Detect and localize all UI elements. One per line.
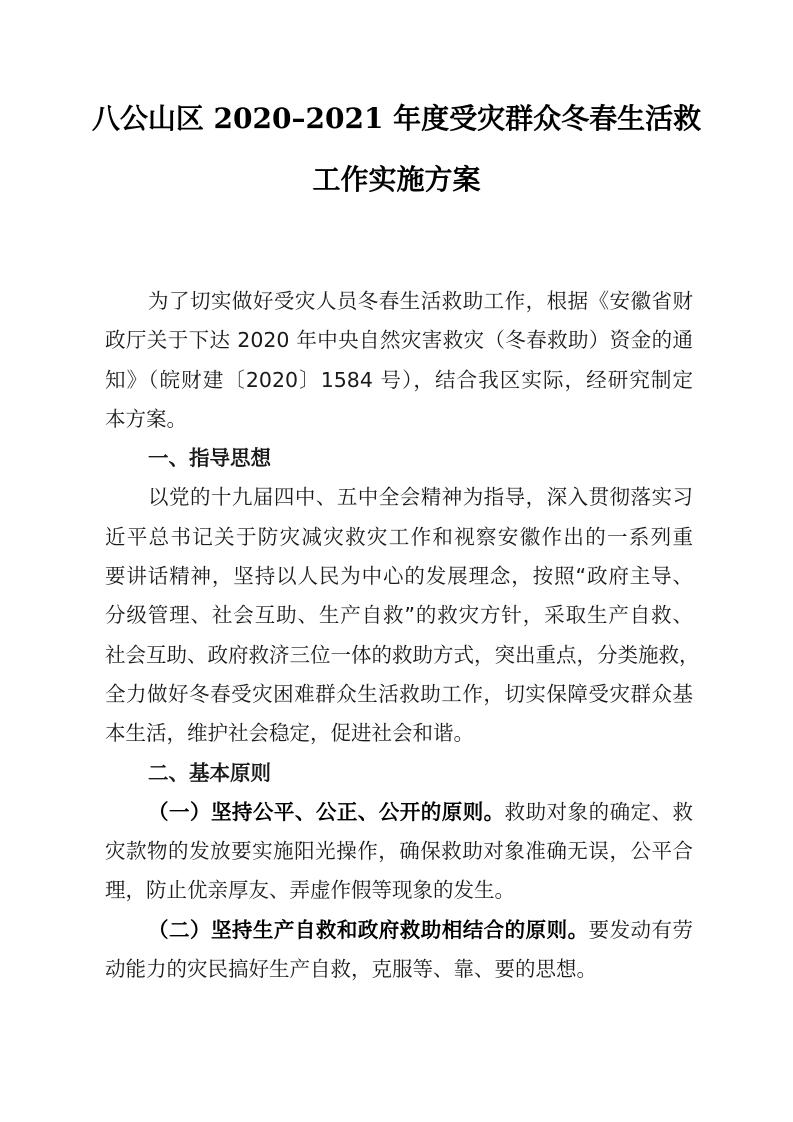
paragraph-line: 理，防止优亲厚友、弄虚作假等现象的发生。: [105, 871, 693, 910]
document-page: 八公山区 2020–2021 年度受灾群众冬春生活救 工作实施方案 为了切实做好…: [0, 0, 793, 1122]
paragraph-line: 知》（皖财建〔2020〕1584 号），结合我区实际，经研究制定: [105, 361, 693, 400]
paragraph-line: 本方案。: [105, 400, 693, 439]
paragraph-line: 本生活，维护社会稳定，促进社会和谐。: [105, 714, 693, 753]
paragraph-line: 以党的十九届四中、五中全会精神为指导，深入贯彻落实习: [105, 478, 693, 517]
document-body: 为了切实做好受灾人员冬春生活救助工作，根据《安徽省财 政厅关于下达 2020 年…: [105, 282, 693, 989]
principle-2-paragraph: （二）坚持生产自救和政府救助相结合的原则。要发动有劳 动能力的灾民搞好生产自救，…: [105, 911, 693, 990]
paragraph-line: 近平总书记关于防灾减灾救灾工作和视察安徽作出的一系列重: [105, 518, 693, 557]
principle-1-title: （一）坚持公平、公正、公开的原则。: [148, 800, 505, 824]
paragraph-line: （一）坚持公平、公正、公开的原则。救助对象的确定、救: [105, 793, 693, 832]
section-heading-guiding-ideology: 一、指导思想: [105, 439, 693, 478]
paragraph-line: 社会互助、政府救济三位一体的救助方式，突出重点，分类施救，: [105, 636, 693, 675]
paragraph-line: 为了切实做好受灾人员冬春生活救助工作，根据《安徽省财: [105, 282, 693, 321]
paragraph-line: 分级管理、社会互助、生产自救”的救灾方针，采取生产自救、: [105, 596, 693, 635]
guiding-ideology-paragraph: 以党的十九届四中、五中全会精神为指导，深入贯彻落实习 近平总书记关于防灾减灾救灾…: [105, 478, 693, 753]
paragraph-line: （二）坚持生产自救和政府救助相结合的原则。要发动有劳: [105, 911, 693, 950]
section-heading-basic-principles: 二、基本原则: [105, 754, 693, 793]
principle-1-paragraph: （一）坚持公平、公正、公开的原则。救助对象的确定、救 灾款物的发放要实施阳光操作…: [105, 793, 693, 911]
paragraph-line: 动能力的灾民搞好生产自救，克服等、靠、要的思想。: [105, 950, 693, 989]
principle-2-title: （二）坚持生产自救和政府救助相结合的原则。: [148, 918, 589, 942]
paragraph-line: 全力做好冬春受灾困难群众生活救助工作，切实保障受灾群众基: [105, 675, 693, 714]
document-title-line-1: 八公山区 2020–2021 年度受灾群众冬春生活救: [0, 102, 793, 136]
intro-paragraph: 为了切实做好受灾人员冬春生活救助工作，根据《安徽省财 政厅关于下达 2020 年…: [105, 282, 693, 439]
paragraph-line: 要讲话精神，坚持以人民为中心的发展理念，按照“政府主导、: [105, 557, 693, 596]
principle-2-text: 要发动有劳: [589, 918, 693, 942]
paragraph-line: 政厅关于下达 2020 年中央自然灾害救灾（冬春救助）资金的通: [105, 321, 693, 360]
paragraph-line: 灾款物的发放要实施阳光操作，确保救助对象准确无误，公平合: [105, 832, 693, 871]
principle-1-text: 救助对象的确定、救: [505, 800, 693, 824]
document-title-line-2: 工作实施方案: [0, 163, 793, 197]
